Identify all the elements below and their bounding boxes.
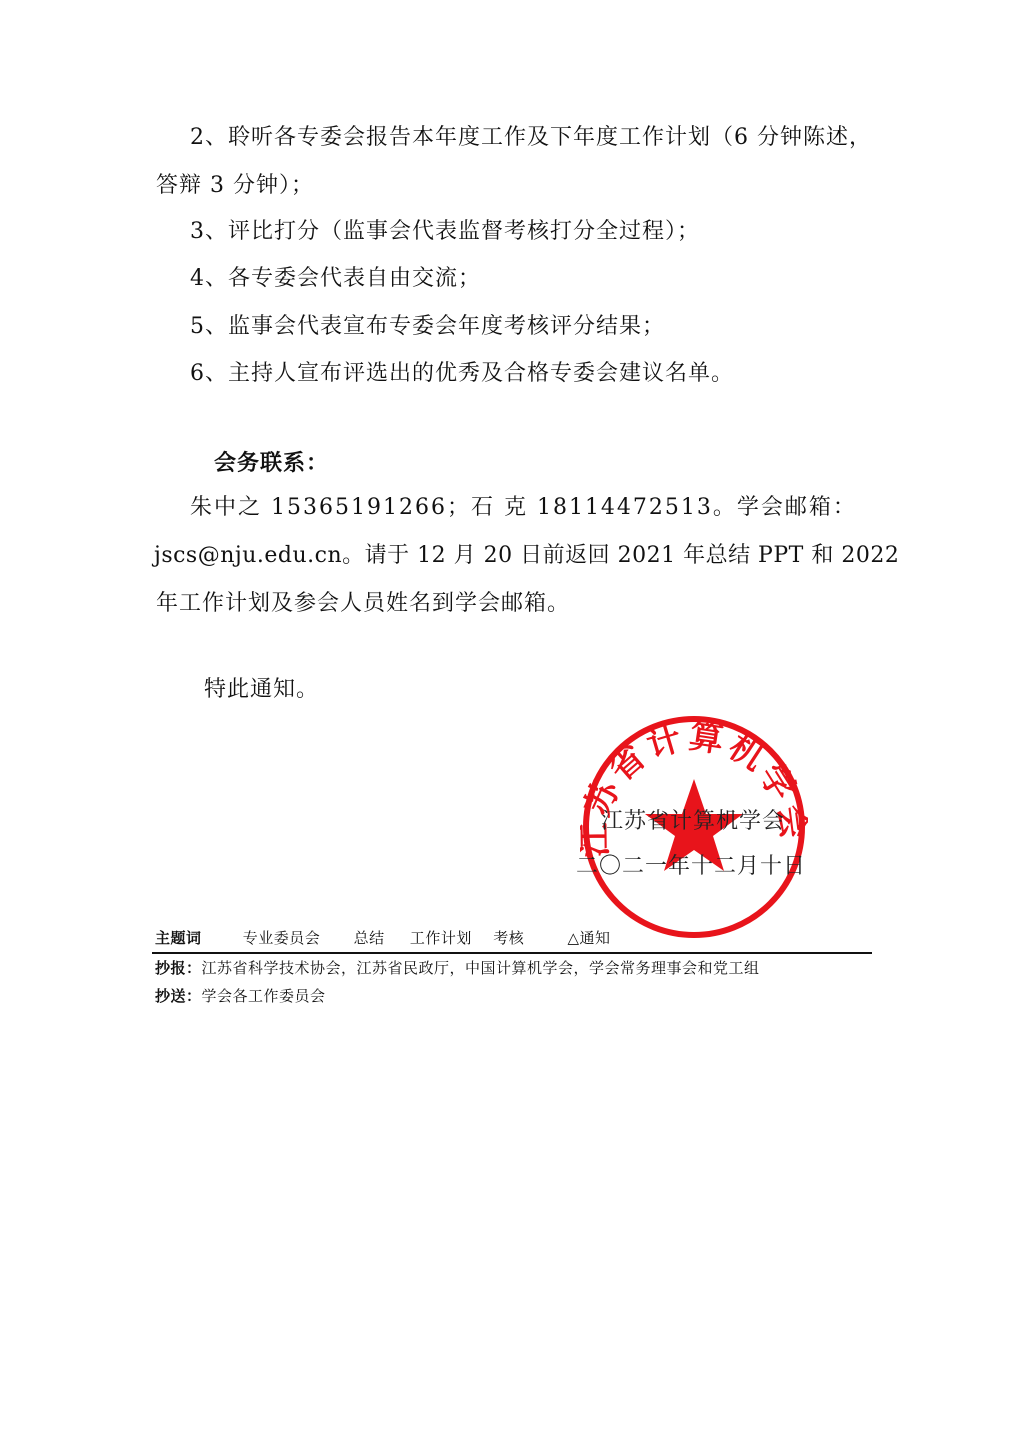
keyword: 工作计划 [410,928,472,948]
contact-phones: 朱中之 15365191266；石 克 18114472513。学会邮箱： [190,494,857,522]
keywords-label: 主题词 [155,928,202,948]
footer-divider [152,952,872,954]
agenda-item-2-line1: 2、聆听各专委会报告本年度工作及下年度工作计划（6 分钟陈述， [190,124,872,152]
keyword: 考核 [493,928,524,948]
report-recipients: 江苏省科学技术协会，江苏省民政厅，中国计算机学会，学会常务理事会和党工组 [202,959,760,977]
keyword: △通知 [567,928,610,948]
cc-recipients: 学会各工作委员会 [202,987,326,1005]
agenda-item-3: 3、评比打分（监事会代表监督考核打分全过程）； [190,218,700,246]
report-label: 抄报： [155,959,202,977]
contact-email-instructions: jscs@nju.edu.cn。请于 12 月 20 日前返回 2021 年总结… [154,542,899,570]
footer-keywords: 主题词 专业委员会 总结 工作计划 考核 △通知 [155,928,611,948]
agenda-item-2-line2: 答辩 3 分钟）； [156,172,314,200]
signature-org: 江苏省计算机学会 [601,808,785,836]
signature-date: 二〇二一年十二月十日 [576,853,806,881]
keyword: 专业委员会 [243,928,321,948]
report-to-line: 抄报：江苏省科学技术协会，江苏省民政厅，中国计算机学会，学会常务理事会和党工组 [155,958,760,978]
closing-text: 特此通知。 [204,676,319,704]
agenda-item-4: 4、各专委会代表自由交流； [190,265,481,293]
agenda-item-5: 5、监事会代表宣布专委会年度考核评分结果； [190,313,665,341]
contact-heading: 会务联系： [214,449,329,477]
cc-line: 抄送：学会各工作委员会 [155,986,326,1006]
keyword: 总结 [354,928,385,948]
cc-label: 抄送： [155,987,202,1005]
agenda-item-6: 6、主持人宣布评选出的优秀及合格专委会建议名单。 [190,360,734,388]
contact-instructions-end: 年工作计划及参会人员姓名到学会邮箱。 [156,590,570,618]
